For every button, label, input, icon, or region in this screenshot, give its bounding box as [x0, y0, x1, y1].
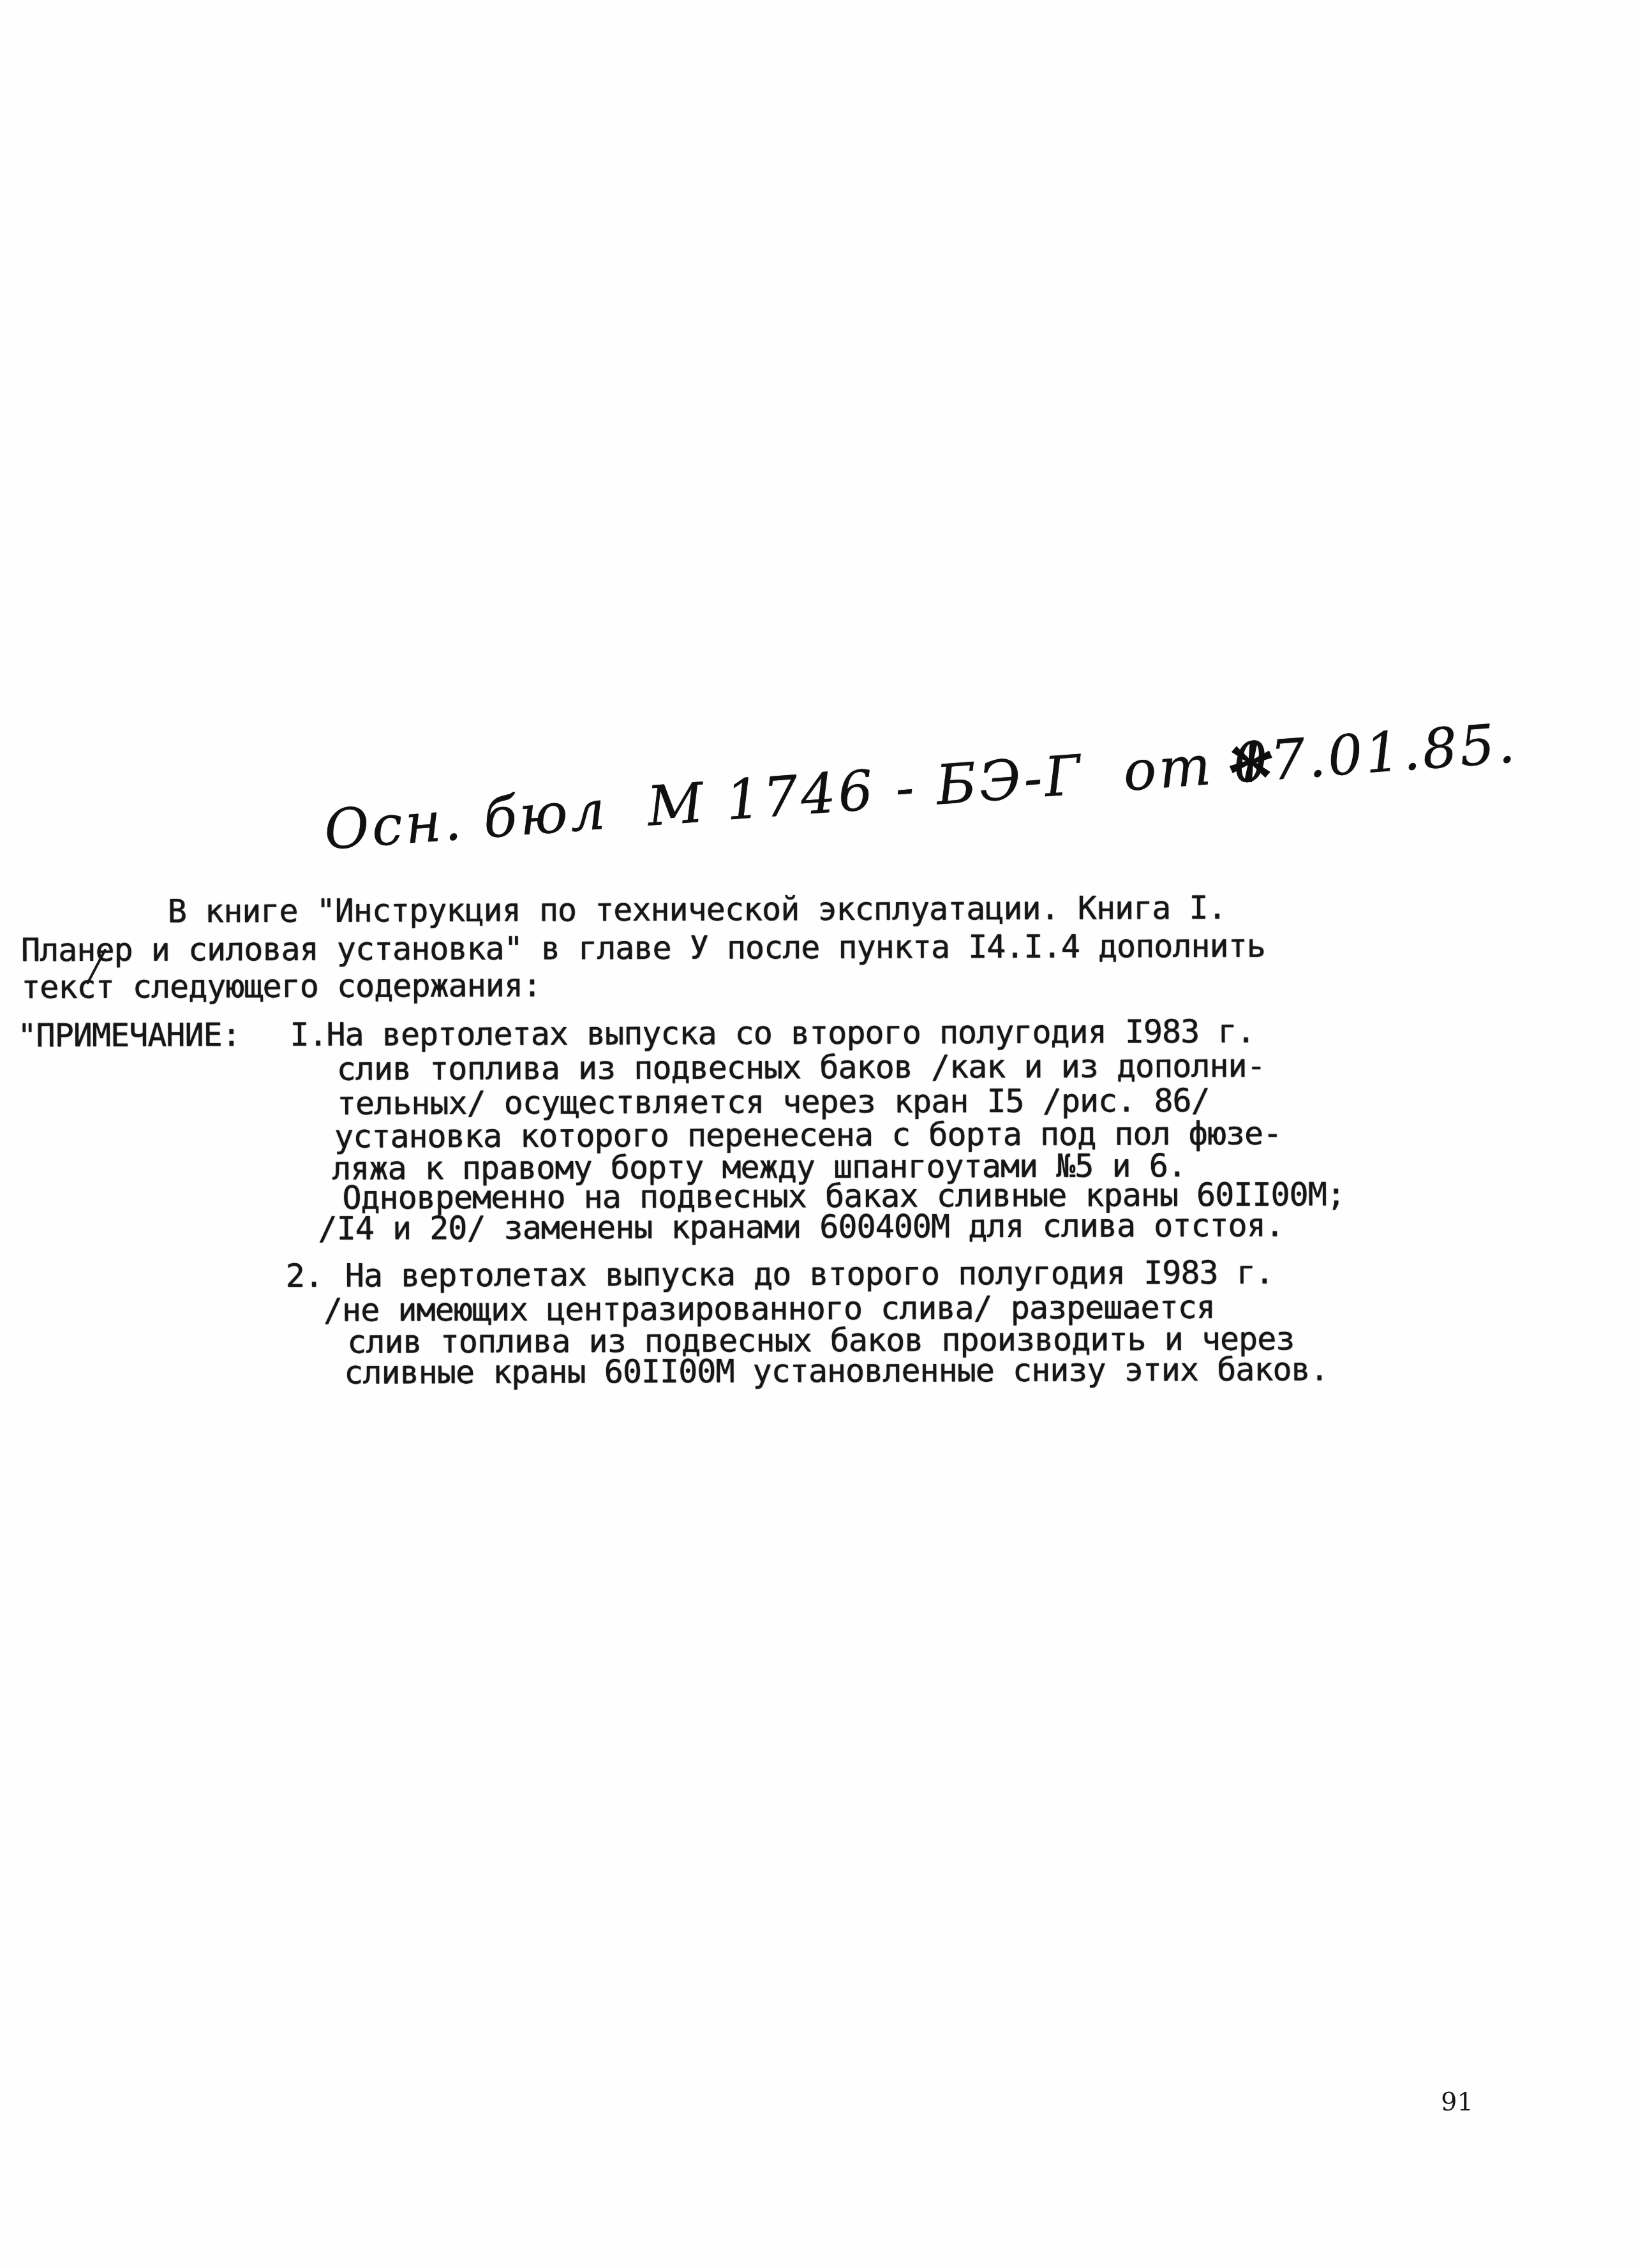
- intro-line-3: текст следующего содержания:: [21, 968, 541, 1005]
- intro-line-1: В книге "Инструкция по технической экспл…: [168, 891, 1226, 929]
- note-item-1-line-7: /I4 и 20/ заменены кранами 600400М для с…: [318, 1208, 1284, 1245]
- document-page: Осн. бюл М 1746 - БЭ-Г от 07.01.85. * В …: [0, 0, 1638, 2268]
- note-item-1-line-2: слив топлива из подвесных баков /как и и…: [337, 1049, 1265, 1086]
- note-label: "ПРИМЕЧАНИЕ:: [17, 1018, 240, 1053]
- typed-text-block: В книге "Инструкция по технической экспл…: [0, 0, 1638, 2268]
- note-item-1-number: I.: [290, 1018, 327, 1052]
- note-item-2-line-4: сливные краны 60II00М установленные сниз…: [344, 1352, 1329, 1390]
- note-item-1-line-1: На вертолетах выпуска со второго полугод…: [326, 1014, 1255, 1052]
- note-item-2-number: 2.: [286, 1259, 323, 1293]
- note-item-2-line-1: На вертолетах выпуска до второго полугод…: [345, 1256, 1274, 1293]
- intro-line-2: Планер и силовая установка" в главе У по…: [21, 929, 1265, 968]
- page-number: 91: [1441, 2087, 1473, 2117]
